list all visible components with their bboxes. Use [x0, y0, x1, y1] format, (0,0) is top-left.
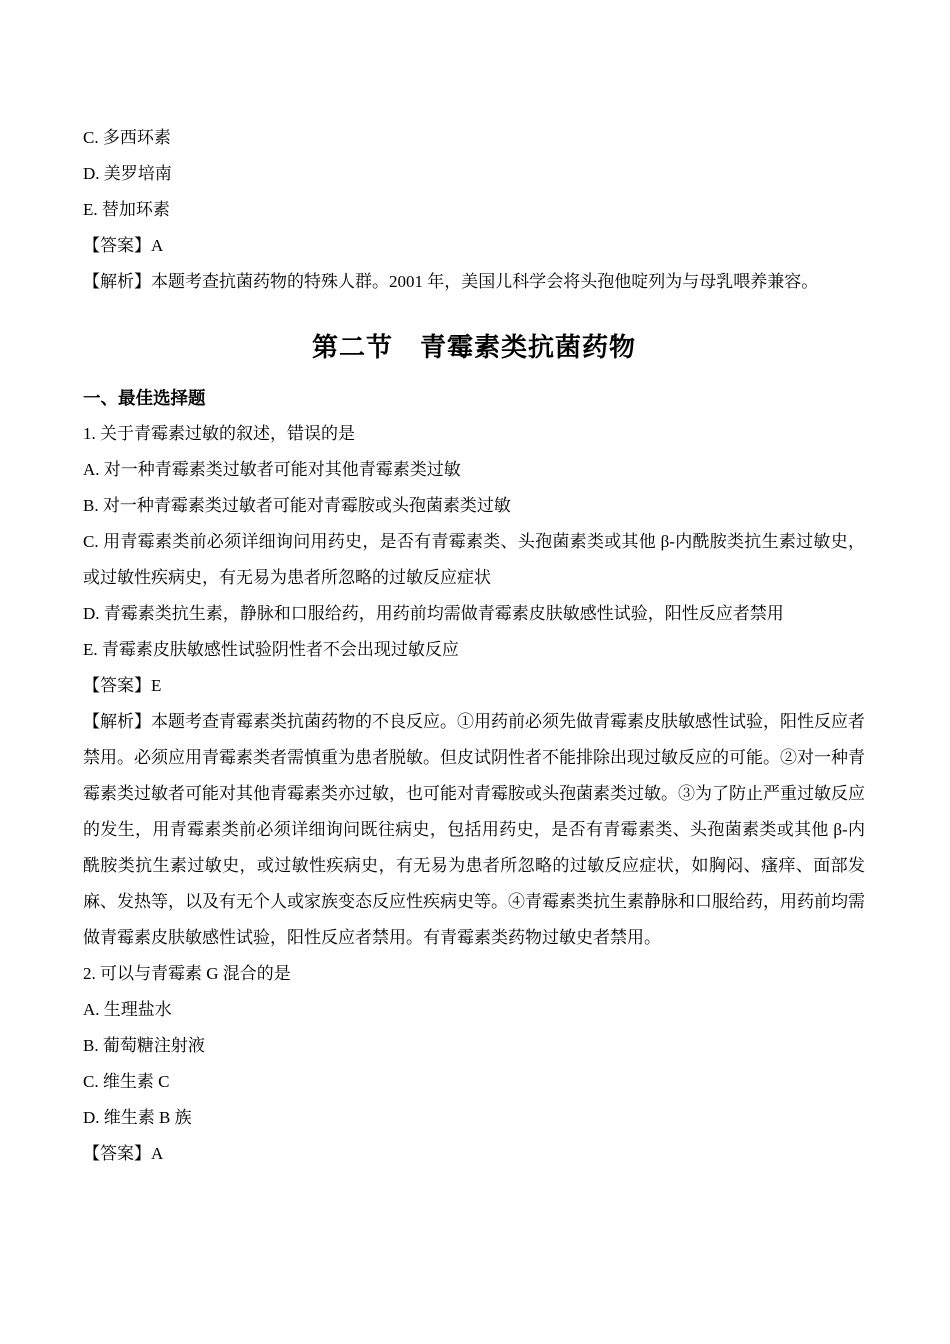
- question1-option-d: D. 青霉素类抗生素，静脉和口服给药，用药前均需做青霉素皮肤敏感性试验，阳性反应…: [83, 596, 865, 632]
- question1-analysis-paragraph: 【解析】本题考查青霉素类抗菌药物的不良反应。①用药前必须先做青霉素皮肤敏感性试验…: [83, 704, 865, 956]
- document-page: C. 多西环素 D. 美罗培南 E. 替加环素 【答案】A 【解析】本题考查抗菌…: [0, 0, 950, 1344]
- prev-option-e: E. 替加环素: [83, 192, 865, 228]
- subsection-heading: 一、最佳选择题: [83, 380, 865, 416]
- question1-option-a: A. 对一种青霉素类过敏者可能对其他青霉素类过敏: [83, 452, 865, 488]
- question1-option-b: B. 对一种青霉素类过敏者可能对青霉胺或头孢菌素类过敏: [83, 488, 865, 524]
- prev-analysis-paragraph: 【解析】本题考查抗菌药物的特殊人群。2001 年，美国儿科学会将头孢他啶列为与母…: [83, 264, 865, 300]
- question2-option-c: C. 维生素 C: [83, 1064, 865, 1100]
- prev-option-c: C. 多西环素: [83, 120, 865, 156]
- question1-option-e: E. 青霉素皮肤敏感性试验阴性者不会出现过敏反应: [83, 632, 865, 668]
- question1-option-c: C. 用青霉素类前必须详细询问用药史，是否有青霉素类、头孢菌素类或其他 β-内酰…: [83, 524, 865, 596]
- question1-answer-line: 【答案】E: [83, 668, 865, 704]
- question1-stem: 1. 关于青霉素过敏的叙述，错误的是: [83, 416, 865, 452]
- question2-answer-line: 【答案】A: [83, 1136, 865, 1172]
- prev-answer-line: 【答案】A: [83, 228, 865, 264]
- prev-option-d: D. 美罗培南: [83, 156, 865, 192]
- question2-option-b: B. 葡萄糖注射液: [83, 1028, 865, 1064]
- question2-stem: 2. 可以与青霉素 G 混合的是: [83, 956, 865, 992]
- question2-option-d: D. 维生素 B 族: [83, 1100, 865, 1136]
- section-heading: 第二节 青霉素类抗菌药物: [83, 326, 865, 370]
- question2-option-a: A. 生理盐水: [83, 992, 865, 1028]
